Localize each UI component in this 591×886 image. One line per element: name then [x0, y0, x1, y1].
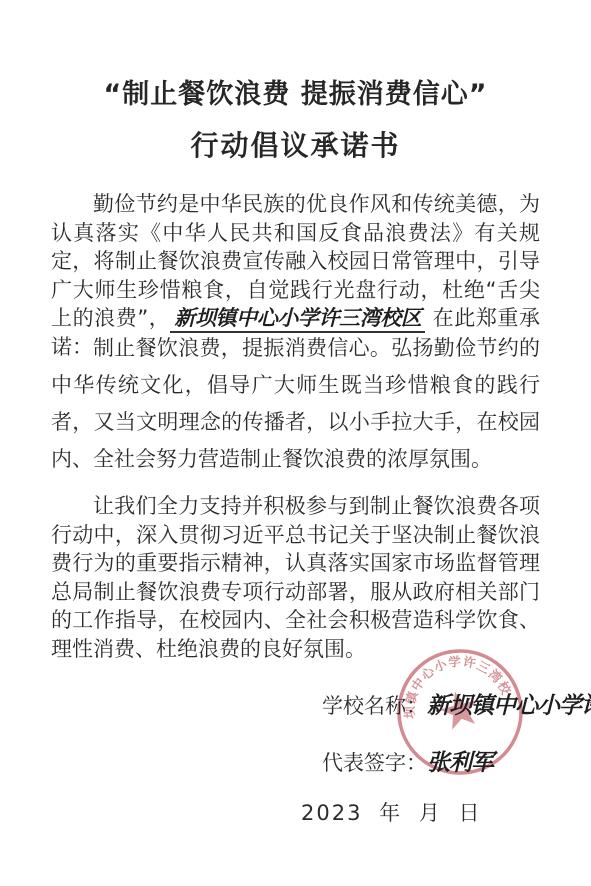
handwritten-school-name-inline: 新坝镇中心小学许三湾校区: [170, 306, 425, 333]
paragraph-action: 让我们全力支持并积极参与到制止餐饮浪费各项行动中，深入贯彻习近平总书记关于坚决制…: [51, 492, 540, 663]
document-title-line2: 行动倡议承诺书: [0, 124, 591, 164]
handwritten-school-name-signature: 新坝镇中心小学许三湾校区: [427, 693, 591, 719]
date-line: 2023 年 月 日: [301, 797, 481, 827]
school-name-line: 学校名称：新坝镇中心小学许三湾校区: [322, 687, 591, 720]
representative-signature-line: 代表签字：张利军: [322, 744, 493, 777]
handwritten-representative-signature: 张利军: [427, 750, 493, 776]
school-name-label: 学校名称：: [322, 694, 427, 718]
representative-signature-label: 代表签字：: [322, 751, 427, 775]
document-title-line1: “制止餐饮浪费 提振消费信心”: [0, 72, 591, 111]
pledge-document-page: “制止餐饮浪费 提振消费信心” 行动倡议承诺书 勤俭节约是中华民族的优良作风和传…: [0, 0, 591, 886]
paragraph-commitment: 制止餐饮浪费，提振消费信心。弘扬勤俭节约的中华传统文化，倡导广大师生既当珍惜粮食…: [51, 330, 540, 478]
